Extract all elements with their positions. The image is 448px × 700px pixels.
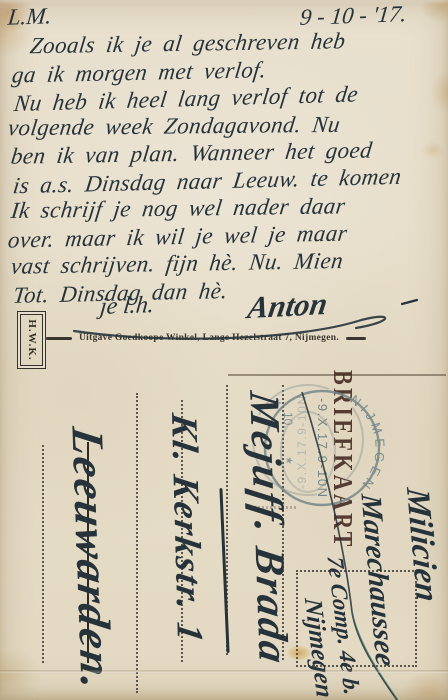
publisher-monogram-box: H.W.K. <box>17 311 46 369</box>
publisher-imprint-text: Uitgave Goedkoope Winkel, Lange Hezelstr… <box>79 333 339 343</box>
message-body: Zooals ik je al geschreven heb ga ik mor… <box>6 30 446 305</box>
salutation: L.M. <box>7 3 53 31</box>
address-line-city: Leeuwarden. <box>61 424 122 694</box>
postmark-date-ghost: -9.X.17.9-10N <box>295 395 309 489</box>
address-underline-flourish <box>220 488 230 653</box>
postcard-scan: BRIEFKAART NIJMEGEN -9.X.17.9-10N -9.X.1… <box>0 0 448 700</box>
address-rule-dotted <box>136 393 138 693</box>
written-date: 9 - 10 - '17. <box>299 1 408 31</box>
address-rule-dotted <box>42 445 44 663</box>
signature-closing: je l.h. <box>99 292 156 321</box>
postmark-date: -9.X.17.9-10N <box>315 398 330 498</box>
address-line-street: Kl. Kerkstr. 1 <box>162 411 211 647</box>
imprint-dash-ornament <box>46 337 72 340</box>
address-line-recipient: Mejuff. Brada <box>239 389 297 668</box>
paper-crease <box>0 670 448 673</box>
signature-name: Anton <box>245 286 330 327</box>
svg-text:NIJMEGEN: NIJMEGEN <box>348 392 388 495</box>
imprint-dash-ornament <box>346 337 366 340</box>
postmark-town: NIJMEGEN <box>348 392 388 495</box>
publisher-monogram: H.W.K. <box>26 319 38 360</box>
publisher-imprint: Uitgave Goedkoope Winkel, Lange Hezelstr… <box>46 333 366 343</box>
